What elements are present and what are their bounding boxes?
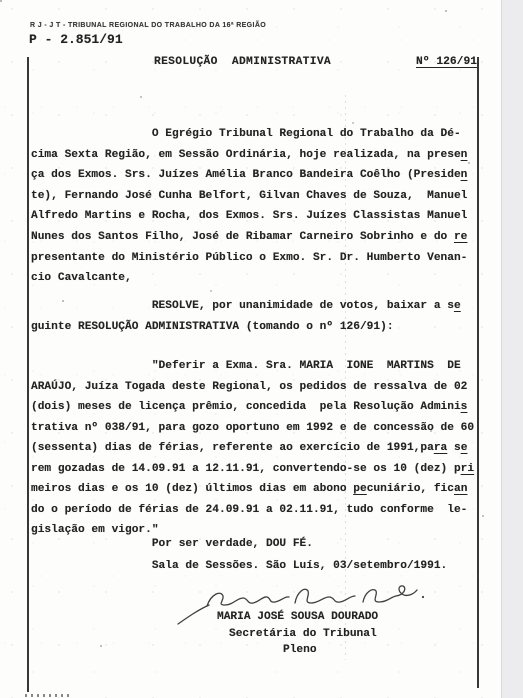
document-line: do o período de férias de 24.09.91 a 02.… bbox=[31, 500, 483, 521]
document-line: ça dos Exmos. Srs. Juízes Amélia Branco … bbox=[31, 165, 483, 186]
document-line: RESOLVE, por unanimidade de votos, baixa… bbox=[31, 296, 483, 317]
document-line: trativa nº 038/91, para gozo oportuno em… bbox=[31, 418, 483, 439]
document-line: Sala de Sessões. São Luís, 03/setembro/1… bbox=[31, 555, 483, 577]
closing-lines: Por ser verdade, DOU FÉ. Sala de Sessões… bbox=[31, 533, 483, 577]
signatory-role: Secretária do Tribunal bbox=[229, 628, 377, 640]
scan-noise-specks bbox=[0, 0, 1, 1]
court-header-stamp: R J - J T - TRIBUNAL REGIONAL DO TRABALH… bbox=[30, 22, 266, 29]
page-edge-background bbox=[501, 0, 523, 698]
document-line: guinte RESOLUÇÃO ADMINISTRATIVA (tomando… bbox=[31, 317, 483, 338]
document-line: O Egrégio Tribunal Regional do Trabalho … bbox=[31, 124, 483, 145]
process-number: P - 2.851/91 bbox=[29, 32, 123, 47]
scanned-document-page: R J - J T - TRIBUNAL REGIONAL DO TRABALH… bbox=[0, 0, 523, 698]
signatory-org: Pleno bbox=[283, 644, 317, 656]
scan-artifact-dashes bbox=[25, 694, 69, 697]
document-line: rem gozadas de 14.09.91 a 12.11.91, conv… bbox=[31, 459, 483, 480]
document-line: cio Cavalcante, bbox=[31, 268, 483, 289]
left-margin-rule bbox=[27, 57, 29, 692]
document-line: presentante do Ministério Público o Exmo… bbox=[31, 248, 483, 269]
document-line: Alfredo Martins e Rocha, dos Exmos. Srs.… bbox=[31, 206, 483, 227]
document-line: Nunes dos Santos Filho, José de Ribamar … bbox=[31, 227, 483, 248]
paragraph-preamble: O Egrégio Tribunal Regional do Trabalho … bbox=[31, 124, 483, 289]
document-title: RESOLUÇÃO ADMINISTRATIVA bbox=[154, 56, 331, 68]
document-line: Por ser verdade, DOU FÉ. bbox=[31, 533, 483, 555]
resolution-number: Nº 126/91 bbox=[416, 56, 477, 68]
signatory-name: MARIA JOSÉ SOUSA DOURADO bbox=[217, 611, 378, 623]
paragraph-resolve: RESOLVE, por unanimidade de votos, baixa… bbox=[31, 296, 483, 338]
document-line: te), Fernando José Cunha Belfort, Gilvan… bbox=[31, 186, 483, 207]
paragraph-deferment: "Deferir a Exma. Sra. MARIA IONE MARTINS… bbox=[31, 356, 483, 541]
document-line: "Deferir a Exma. Sra. MARIA IONE MARTINS… bbox=[31, 356, 483, 377]
document-line: ARAÚJO, Juíza Togada deste Regional, os … bbox=[31, 377, 483, 398]
document-line: (dois) meses de licença prêmio, concedid… bbox=[31, 397, 483, 418]
document-line: (sessenta) dias de férias, referente ao … bbox=[31, 438, 483, 459]
document-line: meiros dias e os 10 (dez) últimos dias e… bbox=[31, 479, 483, 500]
document-line: cima Sexta Região, em Sessão Ordinária, … bbox=[31, 145, 483, 166]
